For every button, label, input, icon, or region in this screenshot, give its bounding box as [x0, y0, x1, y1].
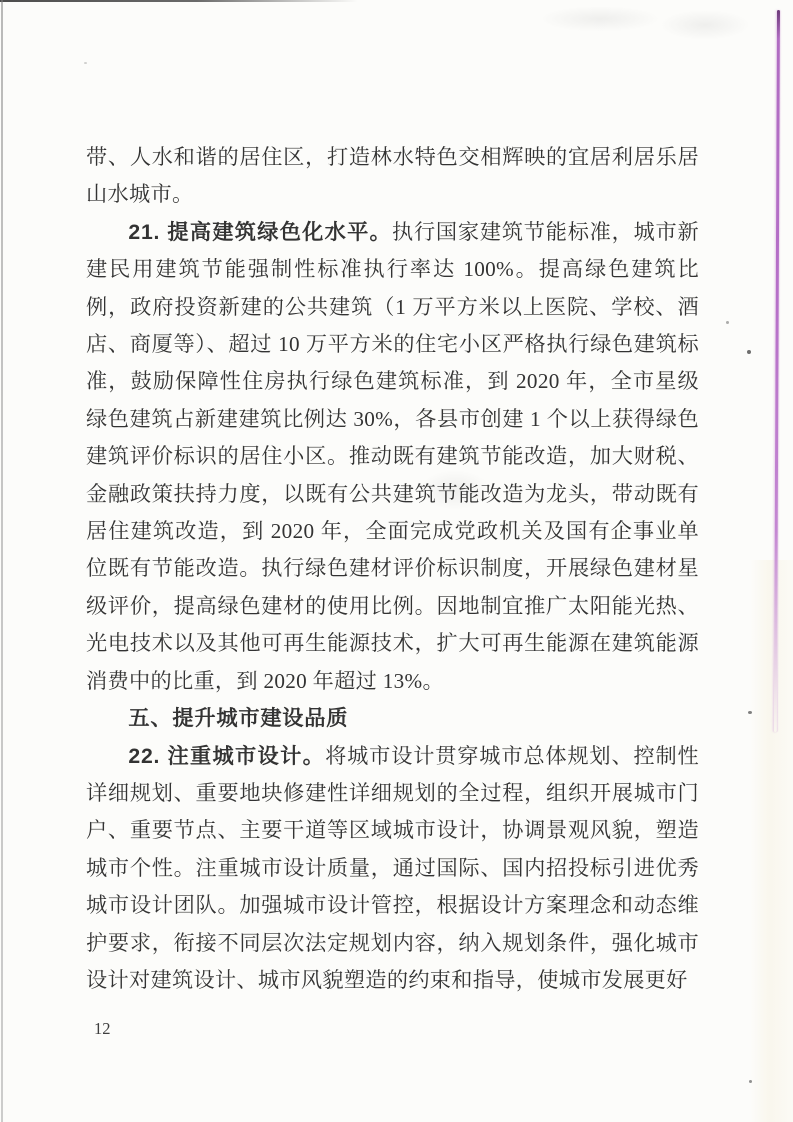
paragraph: 21. 提高建筑绿色化水平。执行国家建筑节能标准，城市新建民用建筑节能强制性标准…	[86, 214, 699, 700]
scan-top-edge-line	[0, 0, 358, 2]
scan-speck	[748, 711, 752, 714]
scan-right-tint	[750, 560, 793, 1122]
text-block: 带、人水和谐的居住区，打造林水特色交相辉映的宜居利居乐居山水城市。21. 提高建…	[86, 139, 699, 999]
scan-smudge	[660, 10, 750, 40]
scan-left-edge-line	[1, 0, 3, 1122]
page-number: 12	[94, 1019, 111, 1039]
bold-text-run: 22. 注重城市设计。	[128, 745, 325, 768]
scan-speck	[749, 1080, 752, 1083]
document-page: 带、人水和谐的居住区，打造林水特色交相辉映的宜居利居乐居山水城市。21. 提高建…	[0, 0, 793, 1122]
text-run: 将城市设计贯穿城市总体规划、控制性详细规划、重要地块修建性详细规划的全过程，组织…	[86, 744, 699, 992]
scan-speck	[84, 62, 87, 64]
scan-speck	[726, 321, 729, 324]
paragraph: 带、人水和谐的居住区，打造林水特色交相辉映的宜居利居乐居山水城市。	[86, 139, 699, 214]
paragraph: 22. 注重城市设计。将城市设计贯穿城市总体规划、控制性详细规划、重要地块修建性…	[86, 738, 699, 1000]
bold-text-run: 21. 提高建筑绿色化水平。	[128, 221, 392, 244]
scan-smudge	[540, 6, 660, 32]
section-heading: 五、提升城市建设品质	[86, 700, 699, 737]
scan-speck	[747, 350, 751, 354]
text-run: 带、人水和谐的居住区，打造林水特色交相辉映的宜居利居乐居山水城市。	[86, 145, 699, 206]
bold-text-run: 五、提升城市建设品质	[128, 707, 348, 730]
text-run: 执行国家建筑节能标准，城市新建民用建筑节能强制性标准执行率达 100%。提高绿色…	[86, 220, 699, 693]
